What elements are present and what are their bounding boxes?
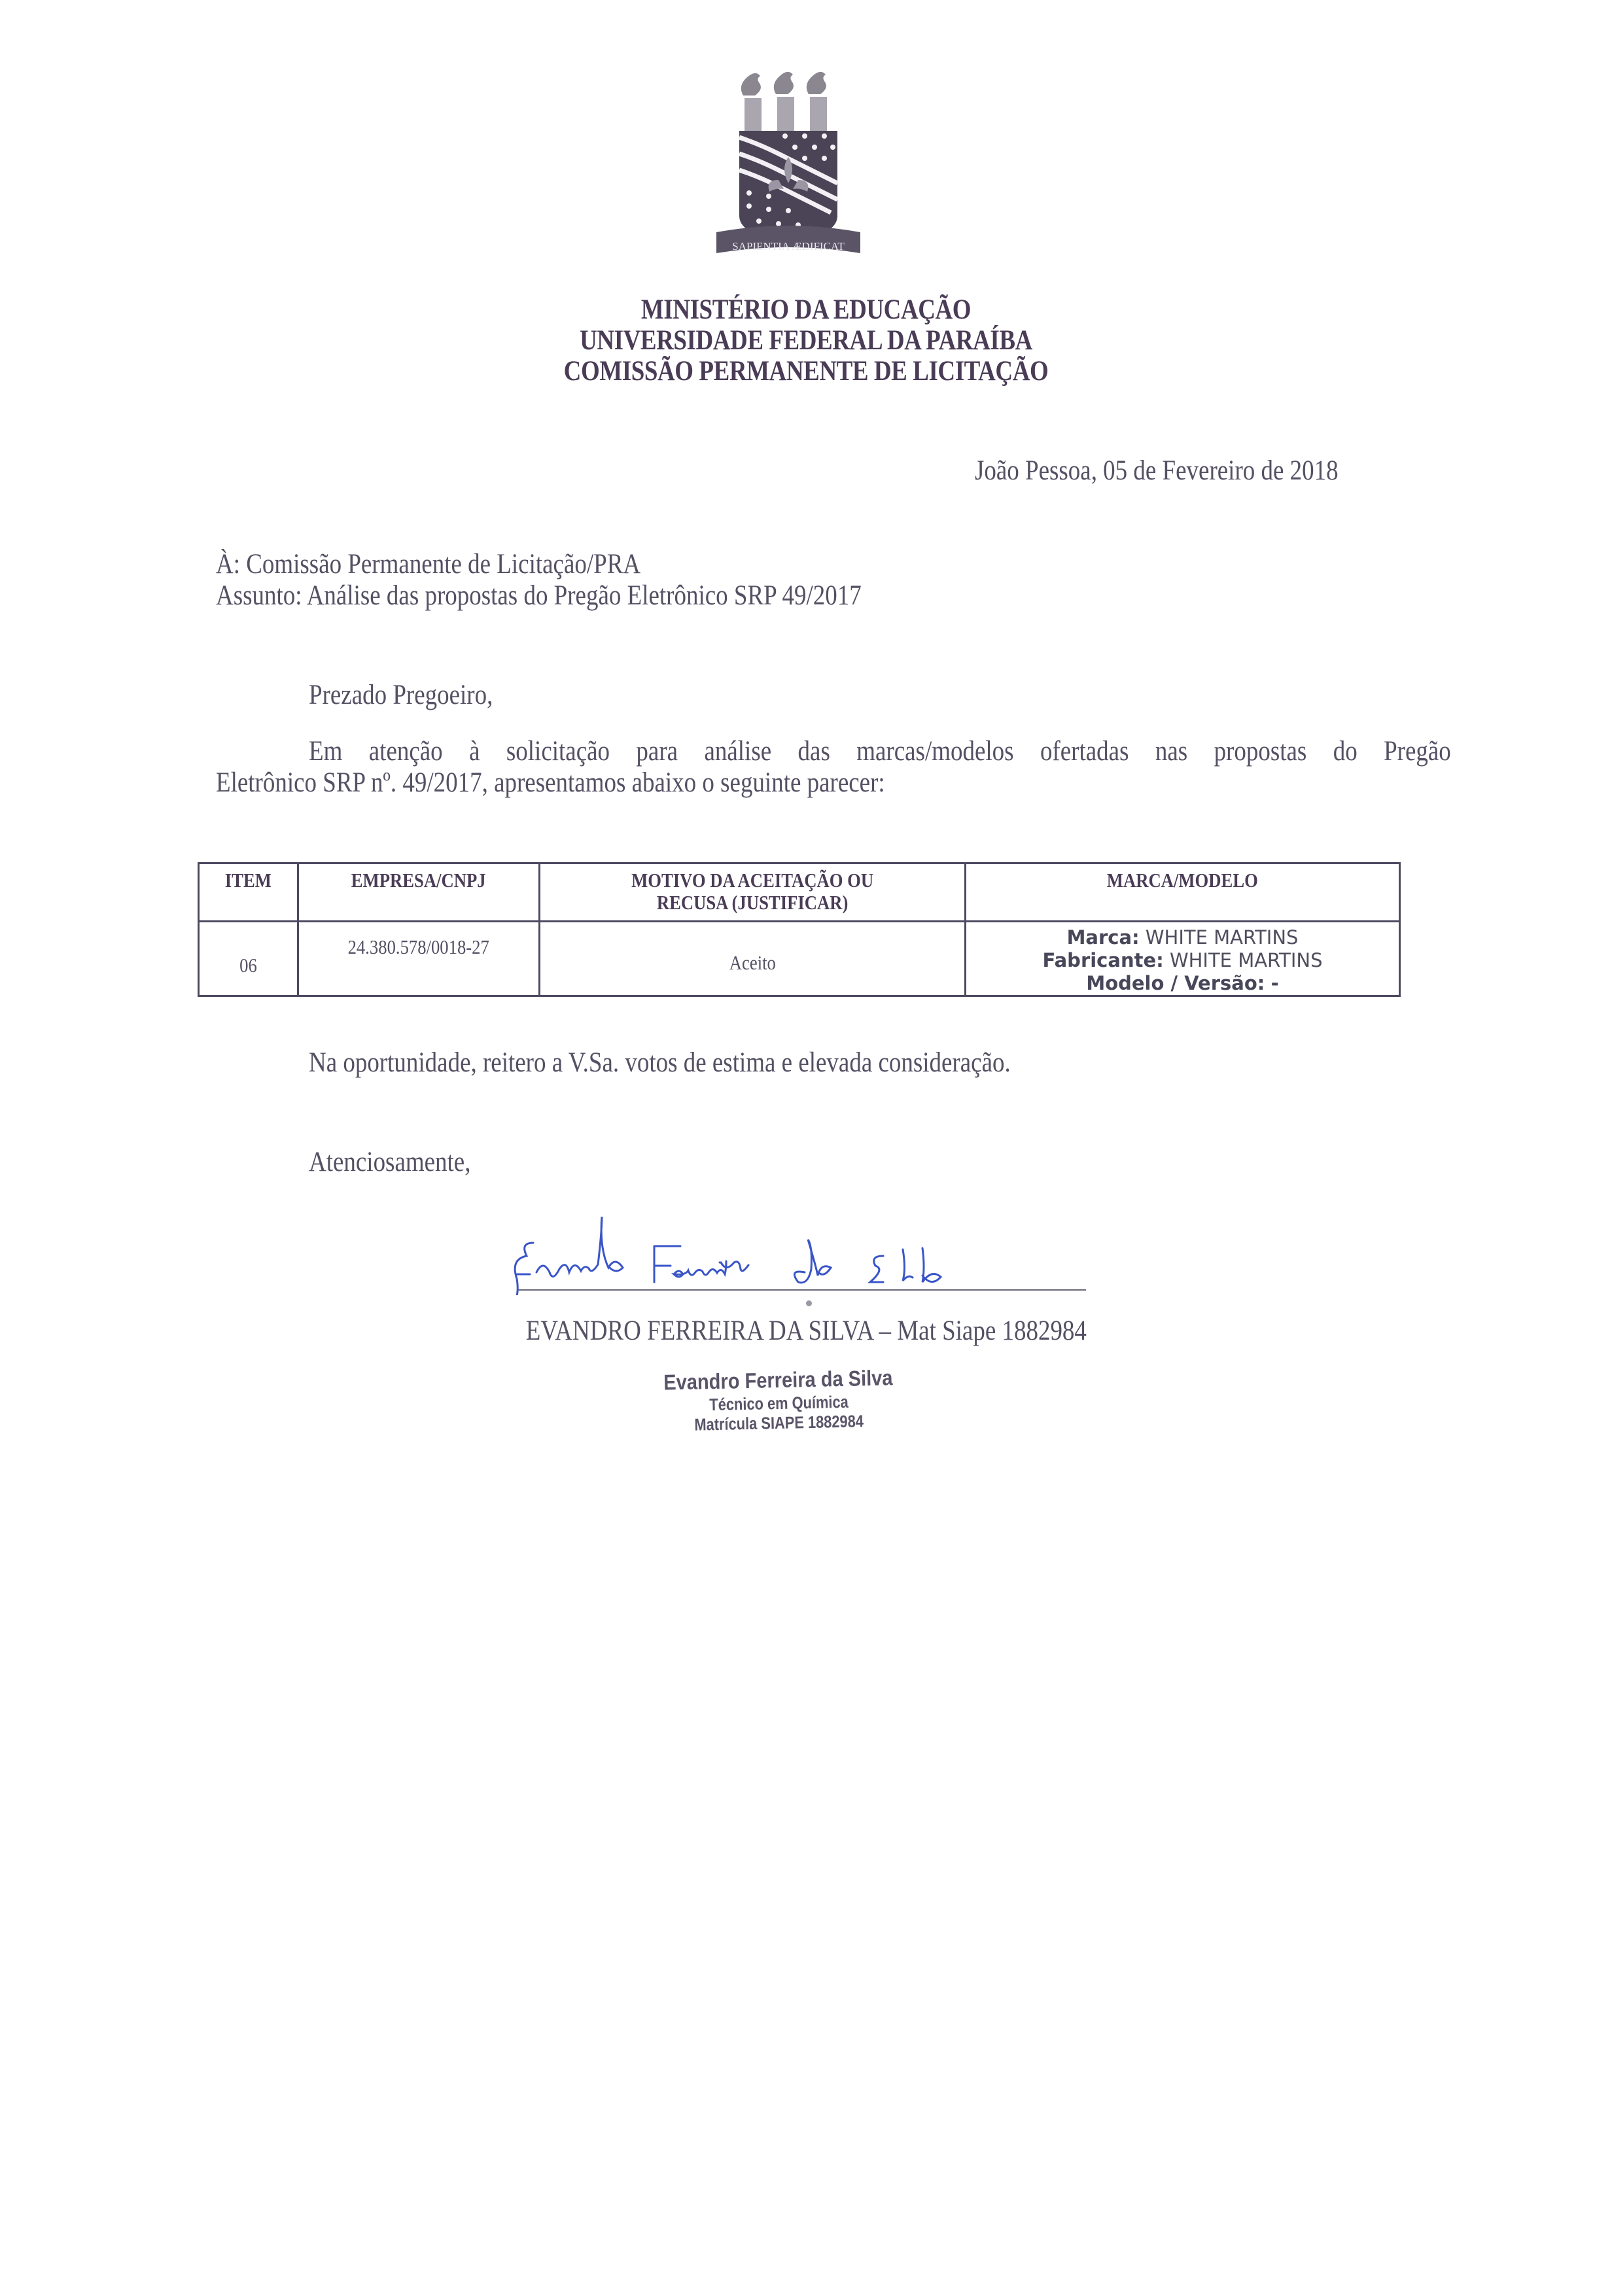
ink-dot [806,1300,812,1306]
cell-motivo: Aceito [540,922,966,996]
cell-marca-modelo: Marca: WHITE MARTINS Fabricante: WHITE M… [966,922,1400,996]
addressee: À: Comissão Permanente de Licitação/PRA [216,548,640,581]
cell-item: 06 [199,922,298,996]
body-paragraph-line-1: Em atenção à solicitação para análise da… [309,735,1451,768]
header-marca: MARCA/MODELO [966,863,1400,922]
crest-motto: SAPIENTIA ÆDIFICAT [732,240,845,252]
stamp-registration: Matrícula SIAPE 1882984 [694,1411,864,1434]
table-header-row: ITEM EMPRESA/CNPJ MOTIVO DA ACEITAÇÃO OU… [199,863,1400,922]
table-row: 06 24.380.578/0018-27 Aceito Marca: WHIT… [199,922,1400,996]
letterhead-ministry: MINISTÉRIO DA EDUCAÇÃO [113,294,1499,325]
analysis-table: ITEM EMPRESA/CNPJ MOTIVO DA ACEITAÇÃO OU… [198,862,1401,997]
signer-name-text: EVANDRO FERREIRA DA SILVA – Mat Siape 18… [525,1315,1086,1347]
regards: Atenciosamente, [309,1146,470,1179]
stamp-name: Evandro Ferreira da Silva [663,1365,893,1395]
body-paragraph-line-2: Eletrônico SRP nº. 49/2017, apresentamos… [216,767,885,799]
marca-line: Marca: WHITE MARTINS [966,926,1399,949]
body-line-1-text: Em atenção à solicitação para análise da… [309,735,1451,768]
subject: Assunto: Análise das propostas do Pregão… [216,580,862,612]
university-crest-icon: SAPIENTIA ÆDIFICAT [713,65,864,262]
official-stamp: Evandro Ferreira da Silva Técnico em Quí… [627,1364,930,1436]
date-line: João Pessoa, 05 de Fevereiro de 2018 [975,455,1339,487]
letterhead: MINISTÉRIO DA EDUCAÇÃO UNIVERSIDADE FEDE… [0,294,1612,387]
modelo-line: Modelo / Versão: - [966,972,1399,995]
header-motivo: MOTIVO DA ACEITAÇÃO OU RECUSA (JUSTIFICA… [540,863,966,922]
header-empresa: EMPRESA/CNPJ [298,863,540,922]
cell-cnpj: 24.380.578/0018-27 [298,922,540,996]
letterhead-commission: COMISSÃO PERMANENTE DE LICITAÇÃO [113,356,1499,387]
stamp-role: Técnico em Química [709,1392,849,1414]
closing-line: Na oportunidade, reitero a V.Sa. votos d… [309,1047,1011,1079]
fabricante-line: Fabricante: WHITE MARTINS [966,949,1399,972]
salutation: Prezado Pregoeiro, [309,679,493,712]
letterhead-university: UNIVERSIDADE FEDERAL DA PARAÍBA [113,325,1499,356]
handwritten-signature [497,1217,1125,1295]
signer-name-line: EVANDRO FERREIRA DA SILVA – Mat Siape 18… [0,1315,1612,1347]
header-item: ITEM [199,863,298,922]
